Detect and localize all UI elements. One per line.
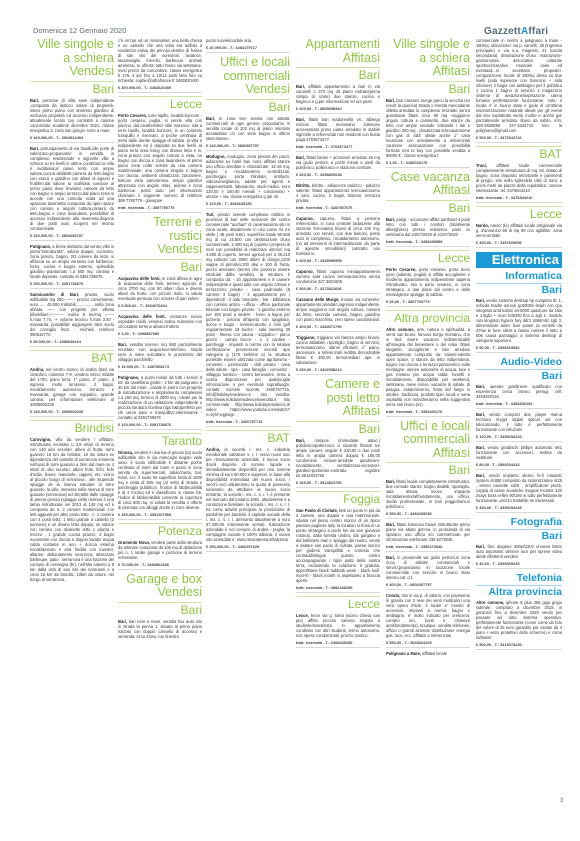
ad-price-phone: tratt. riservata - T.: 3394401176 (386, 409, 470, 417)
classified-ad: Bari, prolungamento di via fanelli,alle … (30, 146, 114, 231)
ad-text: torre lapillo, località boncore - porto … (118, 113, 202, 203)
ad-list: Bari, operaio giardiniere qualificato co… (476, 384, 562, 513)
classified-ad: Porto Cesareo, porto cesareo, porto dono… (386, 267, 470, 297)
ad-price-phone: € 45.000,00 - T.: 3386646164 (30, 339, 114, 347)
ad-list: Bari, fittasi locale completamente ristr… (386, 479, 470, 656)
classified-ad: Lecce, lecce via g. toma (vicino chiesa … (296, 613, 380, 638)
ad-list: Bari, campus (immediate adiac.) policlin… (296, 438, 380, 488)
ad-price-phone: € 100,00 - T.: 3395254243 (476, 434, 562, 442)
ad-price-phone: € 120.000,00 - T.: 3391738676 (118, 422, 202, 430)
section-title: Ville singole e a schiera (386, 38, 470, 65)
classified-ad: Bari, fittasi bari madonnella vic. alber… (296, 117, 380, 142)
ad-list: Bari, in zona ben servita con attivita' … (206, 116, 290, 427)
ad-price-phone: € 15.000,00 - T.: 3487868174 (118, 364, 202, 372)
section-title: Appartamenti (296, 38, 380, 52)
ad-price-phone: € 550,00 - T.: 3383208096 (386, 511, 470, 519)
classified-ad: Carovigno, villa da vendere / affittare,… (30, 437, 114, 582)
ad-list: punto luce/elicoidale aria.€ 20.000,00 -… (206, 38, 290, 53)
ad-text: fittasi locale completamente ristruttura… (386, 479, 470, 509)
section-title: Fotografia (476, 516, 562, 528)
city-heading: Lecce (296, 596, 380, 611)
ad-text: c'è un bar ed un minimarket, una bella c… (118, 38, 202, 83)
classified-ad: Andria, la società l. ms. c. industria m… (206, 447, 290, 542)
section-title: Audio-Video (476, 356, 562, 368)
city-heading: BAT (30, 350, 114, 365)
classified-ad: Sannicandro di Bari, privato, suolo edif… (30, 292, 114, 337)
classified-ad: Ginosa, vendesi in marina di ginosa (ta)… (118, 450, 202, 510)
column-1: Ville singole e a schiera Vendesi Bari B… (30, 38, 114, 584)
classified-ad: Grumento Nova, vendesi parte della strut… (118, 540, 202, 560)
classified-ad: Bari, porzione di villa semi indipendent… (30, 98, 114, 133)
classified-ad: Bari, bari cassano murge parco la vecchi… (386, 98, 470, 158)
classified-ad: Bari, fittasi locale completamente ristr… (386, 479, 470, 509)
ad-text: campus (immediate adiac.) policlinico/po… (296, 438, 380, 478)
section-title: Garage e box (118, 573, 202, 587)
classified-ad: Bari, vendita terreno mq 950 parzialment… (118, 342, 202, 362)
classified-ad: commerciale in centro a polignano a mare… (476, 38, 562, 133)
ad-text: vendo sistema desktop hp completo di: 1.… (476, 298, 562, 343)
classified-ad: Nardo, nardo' (le) affittasi locale arti… (476, 223, 562, 238)
ad-text: parigi - occasione affitto parthotel 4 p… (386, 217, 470, 237)
ad-text: a breve distanza dal centro villa in pie… (30, 244, 114, 279)
ad-text: lecce via g. toma (vicino chiesa san pio… (296, 613, 380, 638)
section-title: Ville singole e a schiera (30, 38, 114, 65)
city-heading: Bari (296, 421, 380, 436)
ad-list: Bari, vendo sistema desktop hp completo … (476, 298, 562, 353)
ad-text: affittasi appartamento a bari in via car… (296, 84, 380, 104)
ad-list: Bari, bari cassano murge parco la vecchi… (386, 98, 470, 168)
ad-text: fittasi bivani + accessori arredato 45 m… (296, 155, 380, 170)
city-heading: Bari (476, 283, 562, 296)
ad-text: vendita terreno mq 950 parzialmente reci… (118, 342, 202, 362)
ad-text: triggiano via faenza ampio bivani, cucin… (296, 335, 380, 365)
ad-text: vendo impianto stereo hi-fi marantz syst… (476, 473, 562, 503)
publication-logo: GazzettAffari (484, 26, 548, 37)
classified-ad: Altro comune, arte, natura e spiritualit… (386, 327, 470, 407)
city-heading: Lecce (476, 206, 562, 221)
category-banner-elettronica: Elettronica (476, 252, 562, 268)
classified-ad: Triggiano, triggiano via faenza ampio bi… (296, 335, 380, 365)
classified-ad: Capurso, capurso, fittasi a persona refe… (296, 216, 380, 256)
city-heading: Altra provincia (386, 310, 470, 325)
ad-price-phone: tratt. riservata - T.: 3897750779 (118, 205, 202, 213)
ad-price-phone: € 165,00 - T.: 3914823756 (296, 480, 380, 488)
ad-text: porto cesareo, porto dono jonio (salento… (386, 267, 470, 297)
city-heading: BAT (206, 430, 290, 445)
ad-text: operaio giardiniere qualificato con espe… (476, 384, 562, 399)
ad-price-phone: € 80,00 - T.: 3395254243 (476, 462, 562, 470)
section-title: Terreni e rustici (118, 216, 202, 243)
city-heading: Bari (386, 200, 470, 215)
section-subtitle: Affitasi (296, 405, 380, 419)
classified-ad: Bari, in prossimità via giulio petroni,i… (386, 555, 470, 580)
section-subtitle: Affitasi (296, 52, 380, 66)
ad-text: sito in via p. di vittorio, con paviment… (386, 593, 470, 638)
ad-price-phone: € 50,00 - T.: 3396019530 (476, 345, 562, 353)
ad-list: Grumento Nova, vendesi parte della strut… (118, 540, 202, 570)
ad-price-phone: € 120,00 - T.: 3394630159 (206, 201, 290, 209)
ad-text: a pochi minuti da tutti i servizi 3 km d… (118, 375, 202, 420)
ad-list: San Paolo di Civitate, beb un punto in p… (296, 508, 380, 593)
section-title: Case vacanza (386, 171, 470, 185)
ad-text: la società l. ms. c. industria meridiona… (206, 447, 290, 542)
section-subtitle: Vendesi (118, 586, 202, 600)
ad-text: fittasi luminoso bivani ristrutturato pr… (386, 522, 470, 542)
ad-list: Trani, affittasi locale commerciale comp… (476, 163, 562, 203)
ad-list: Bari, porzione di villa semi indipendent… (30, 98, 114, 347)
classified-ad: Bari, fittasi luminoso bivani ristruttur… (386, 522, 470, 542)
ad-price-phone: € 400,00 - T.: 3335590555 (296, 258, 380, 266)
city-heading: Foggia (296, 491, 380, 506)
ad-price-phone: € 340,00 - T.: 3395254243 (476, 505, 562, 513)
ad-price-phone: € 400,00 - T.: 3398820048 (296, 172, 380, 180)
classified-ad: Bari, vendo impianto stereo hi-fi marant… (476, 473, 562, 503)
section-subtitle: Affitasi (386, 65, 470, 79)
ad-list: Nardo, nardo' (le) affittasi locale arti… (476, 223, 562, 248)
ad-price-phone: € 250.000,00 - T.: 3460257629 (206, 544, 290, 552)
classified-ad: Polignano a Mare, affittasi locale (386, 651, 470, 656)
city-heading: Brindisi (30, 420, 114, 435)
ad-text: vendo compact disc player marca technics… (476, 412, 562, 432)
classified-ad: Bari, fittasi bivani + accessori arredat… (296, 155, 380, 170)
ad-price-phone: tratt. riservata - T.: 0408449289 (296, 640, 380, 648)
classified-ad: Acquaviva delle fonti, in zona difesa in… (118, 276, 202, 301)
ad-text: capurso, fittasi a persona referenziata,… (296, 216, 380, 256)
ad-price-phone: € 330.000,00 - T.: 0804053787 (30, 233, 114, 241)
city-heading: Lecce (118, 96, 202, 111)
section-title: Telefonia (476, 572, 562, 584)
ad-list: Bari, affittasi appartamento a bari in v… (296, 84, 380, 375)
ad-price-phone: tratt. riservata - T.: 3287507676 (296, 205, 380, 213)
section-title: Uffici e locali commerciali (206, 56, 290, 83)
ad-text: villa da vendere / affittare, ristruttur… (30, 437, 114, 582)
classified-ad: Bitritto, bitritto - adiacenze palazzo -… (296, 183, 380, 203)
ad-price-phone: € 500,00 - T.: 3473344742 (476, 135, 562, 143)
city-heading: Bari (296, 67, 380, 82)
classified-ad: Turi, privato svende complesso edilizio … (206, 212, 290, 417)
city-heading: BAT (476, 146, 562, 161)
ad-text: in zona ben servita con attivita' commer… (206, 116, 290, 141)
ad-text: faro alogeno 300w/220v unomat lx601 auto… (476, 544, 562, 559)
classified-ad: Bari, affittasi appartamento a bari in v… (296, 84, 380, 104)
ad-list: commerciale in centro a polignano a mare… (476, 38, 562, 143)
classified-ad: Bari, parigi - occasione affitto parthot… (386, 217, 470, 237)
ad-price-phone: tratt. riservata - T.: 3396273046 (386, 544, 470, 552)
classified-ad: Putignano, a pochi minuti da tutti i ser… (118, 375, 202, 420)
classified-ad: San Paolo di Civitate, beb un punto in p… (296, 508, 380, 583)
city-heading: Bari (386, 81, 470, 96)
ad-price-phone: tratt. riservata - T.: 3483260194 (476, 401, 562, 409)
section-subtitle: Affitasi (386, 184, 470, 198)
classified-ad: punto luce/elicoidale aria. (206, 38, 290, 43)
city-heading: Lecce (386, 250, 470, 265)
ad-price-phone: € 1,00 - T.: 3398867680 (118, 331, 202, 339)
ad-text: nardo' (le) affittasi locale artigianale… (476, 223, 562, 238)
ad-price-phone: tratt. riservata - T.: 3476844210 (476, 195, 562, 203)
classified-ad: Bari, bari torre a mare, vendita box aut… (118, 619, 202, 639)
classified-ad: Bari, vendo sistema desktop hp completo … (476, 298, 562, 343)
ad-text: bari cassano murge parco la vecchia (ex … (386, 98, 470, 158)
ad-price-phone: € 20.000,00 - T.: 3484179717 (206, 45, 290, 53)
ad-list: Andria, nel centro storico di andria (ba… (30, 367, 114, 417)
column-3: punto luce/elicoidale aria.€ 20.000,00 -… (206, 38, 290, 555)
ad-price-phone: € 400,00 - T.: 0805098494 (296, 106, 380, 114)
section-subtitle: Vendesi (118, 243, 202, 257)
classified-ad: Putignano, a breve distanza dal centro v… (30, 244, 114, 279)
ad-price-phone: tratt. riservata - T.: 3460757716 (206, 419, 290, 427)
ad-text: punto luce/elicoidale aria. (206, 38, 252, 43)
city-heading: Bari (30, 81, 114, 96)
ad-price-phone: € 40,00 - T.: 3396505245 (476, 561, 562, 569)
ad-location: Polignano a Mare, (386, 651, 421, 656)
city-heading: Bari (476, 529, 562, 542)
section-title: Camere e posti letto (296, 378, 380, 405)
classified-ad: c'è un bar ed un minimarket, una bella c… (118, 38, 202, 83)
classified-ad: Altro comune, iphone 8 plus 256 giga gri… (476, 600, 562, 640)
ad-price-phone: € 300.000,00 - T.: 3482620400 (118, 85, 202, 93)
classified-ad: Bari, campus (immediate adiac.) policlin… (296, 438, 380, 478)
classified-ad: Trani, affittasi locale commerciale comp… (476, 163, 562, 193)
section-subtitle: Affitasi (386, 447, 470, 461)
ad-price-phone: € 550,00 - T.: 3926824109 (386, 640, 470, 648)
city-heading: Altra provincia (476, 585, 562, 598)
ad-price-phone: € 500,00 - T.: 3315078236 (476, 642, 562, 650)
ad-list: Acquaviva delle fonti, in zona difesa in… (118, 276, 202, 430)
classified-ad: Capurso, fittasi capurso miniappartament… (296, 269, 380, 284)
ad-price-phone: € 5.500,00 - T.: 3934670434 (118, 303, 202, 311)
ad-list: Bari, faro alogeno 300w/220v unomat lx60… (476, 544, 562, 569)
classified-ad: Bari, vendo compact disc player marca te… (476, 412, 562, 432)
ad-text: privato svende complesso edilizio in pro… (206, 212, 290, 417)
classified-ad: Bari, in zona ben servita con attivita' … (206, 116, 290, 141)
ad-price-phone: tratt. riservata - T.: 3495439589 (386, 239, 470, 247)
section-subtitle: Vendesi (206, 83, 290, 97)
ad-price-phone: € 300,00 - T.: 3273821606 (296, 286, 380, 294)
classified-ad: Bari, vendo giradischi philips automatic… (476, 445, 562, 460)
ad-price-phone: € 400,00 - T.: 0800357797 (386, 582, 470, 590)
city-heading: Bari (476, 369, 562, 382)
city-heading: Bari (386, 462, 470, 477)
ad-list: Altro comune, iphone 8 plus 256 giga gri… (476, 600, 562, 650)
classified-ad: Acquaviva delle fonti, vicinanze nuovo o… (118, 314, 202, 329)
classified-ad: Bari, operaio giardiniere qualificato co… (476, 384, 562, 399)
issue-date: Domenica 12 Gennaio 2020 (33, 26, 126, 35)
ad-text: vendo giradischi philips automatic 661 f… (476, 445, 562, 460)
ad-price-phone: € 169.000,00 - T.: 3924814404 (30, 135, 114, 143)
classified-ad: Cassano delle Murge, trovasi via convent… (296, 297, 380, 322)
section-title: Informatica (476, 270, 562, 282)
classified-ad: Corato, sito in via p. di vittorio, con … (386, 593, 470, 638)
ad-text: porzione di villa semi indipendente ,com… (30, 98, 114, 133)
ad-price-phone: € 450,00 - T.: 3402058210 (296, 367, 380, 375)
ad-text: affittasi locale commerciale completamen… (476, 163, 562, 193)
city-heading: Bari (206, 99, 290, 114)
ad-text: affittasi locale (421, 651, 447, 656)
ad-text: nel centro storico di andria (bat) via c… (30, 367, 114, 407)
column-6: commerciale in centro a polignano a mare… (476, 38, 562, 653)
page-number: 3 (560, 798, 563, 804)
ad-text: commerciale in centro a polignano a mare… (476, 38, 562, 133)
ad-text: vendesi in marina di ginosa (ta) suolo e… (118, 450, 202, 510)
ad-list: Bari, parigi - occasione affitto parthot… (386, 217, 470, 247)
ad-price-phone: € 130.000,00 - T.: 3395600235 (30, 409, 114, 417)
ad-price-phone: € 250.000,00 - T.: 3391738676 (30, 281, 114, 289)
ad-price-phone: € 70.000,00 - T.: 3683564306 (118, 562, 202, 570)
ad-list: Porto Cesareo, torre lapillo, località b… (118, 113, 202, 213)
ad-text: beb un punto in più da 2 camere, una dop… (296, 508, 380, 583)
classified-ad: Andria, nel centro storico di andria (ba… (30, 367, 114, 407)
ad-list: Ginosa, vendesi in marina di ginosa (ta)… (118, 450, 202, 520)
ad-price-phone: € 150.000,00 - T.: 3391207565 (118, 512, 202, 520)
ad-text: in prossimità via giulio petroni,in zona… (386, 555, 470, 580)
ad-text: bari torre a mare, vendita box auto sito… (118, 619, 202, 639)
ad-text: fittasi bari madonnella vic. albergo naz… (296, 117, 380, 142)
classified-ad: Bari, faro alogeno 300w/220v unomat lx60… (476, 544, 562, 559)
ad-list: Andria, la società l. ms. c. industria m… (206, 447, 290, 552)
column-2: c'è un bar ed un minimarket, una bella c… (118, 38, 202, 641)
column-4: Appartamenti Affitasi Bari Bari, affitta… (296, 38, 380, 651)
ad-price-phone: € 400,00 - T.: 3484071790 (296, 324, 380, 332)
ad-text: modugno, zona piscina dei pazzi, adiacen… (206, 154, 290, 199)
ad-text: privato, suolo edificabile mq 250,------… (30, 292, 114, 337)
ad-price-phone: € 1,00 - T.: 3186020176 (386, 160, 470, 168)
section-subtitle: Vendesi (30, 65, 114, 79)
ad-list: c'è un bar ed un minimarket, una bella c… (118, 38, 202, 93)
ad-list: Bari, bari torre a mare, vendita box aut… (118, 619, 202, 639)
ad-price-phone: tratt. riservata - T.: 0882448259 (296, 585, 380, 593)
city-heading: Taranto (118, 433, 202, 448)
ad-price-phone: tratt. riservata - T.: 3703673477 (296, 144, 380, 152)
ad-list: Carovigno, villa da vendere / affittare,… (30, 437, 114, 582)
section-title: Uffici e locali commerciali (386, 420, 470, 447)
column-5: Ville singole e a schiera Affitasi Bari … (386, 38, 470, 658)
ad-price-phone: € 140.000,00 - T.: 0800357797 (206, 143, 290, 151)
classified-ad: Modugno, modugno, zona piscina dei pazzi… (206, 154, 290, 199)
ad-text: prolungamento di via fanelli,alle porte … (30, 146, 114, 231)
ad-text: iphone 8 plus 256 giga grigio siderale, … (476, 600, 562, 640)
classified-ad: Porto Cesareo, torre lapillo, località b… (118, 113, 202, 203)
ad-list: Lecce, lecce via g. toma (vicino chiesa … (296, 613, 380, 648)
city-heading: Potenza (118, 523, 202, 538)
city-heading: Bari (118, 602, 202, 617)
ad-list: Altro comune, arte, natura e spiritualit… (386, 327, 470, 417)
ad-text: arte, natura e spiritualità. a serra san… (386, 327, 470, 407)
city-heading: Bari (118, 259, 202, 274)
ad-price-phone: € 400,00 - T.: 3357600656 (476, 240, 562, 248)
ad-list: Porto Cesareo, porto cesareo, porto dono… (386, 267, 470, 307)
ad-price-phone: € 25,00 - T.: 3897750779 (386, 299, 470, 307)
